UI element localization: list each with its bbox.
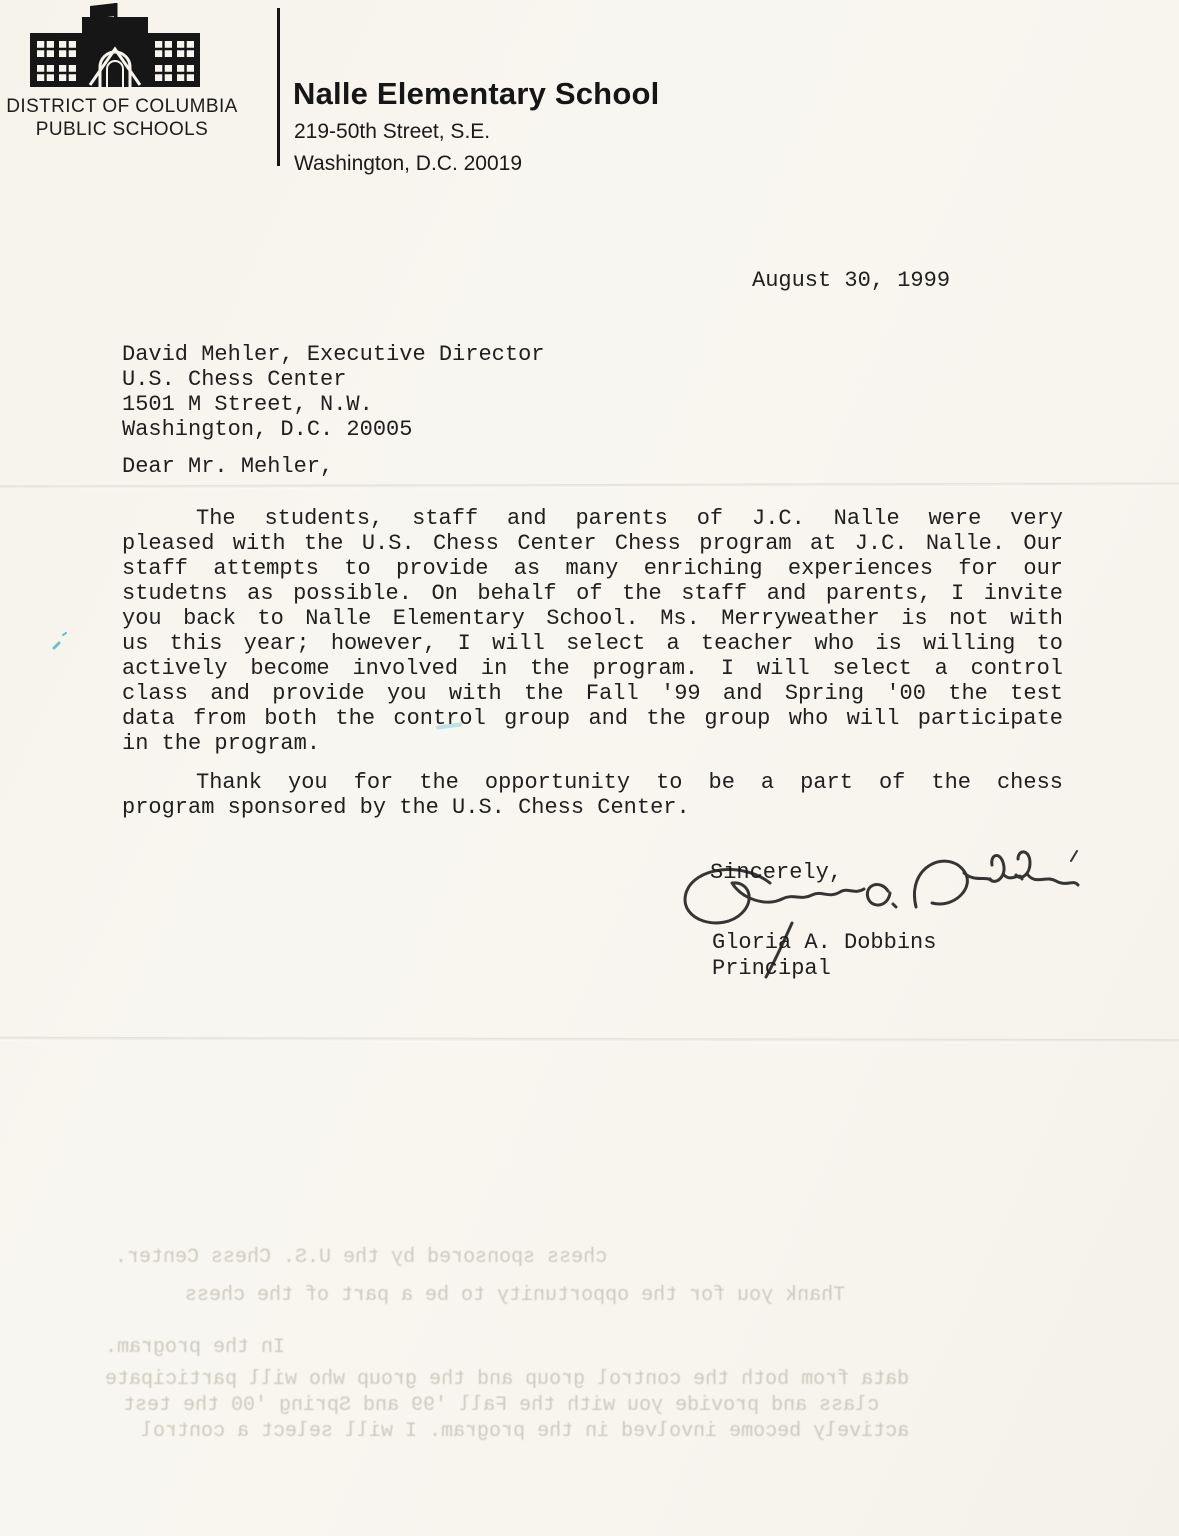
recipient-line: 1501 M Street, N.W.	[122, 392, 544, 417]
body-line: The students, staff and parents of J.C. …	[122, 506, 1063, 531]
schoolhouse-with-flag-icon	[30, 3, 200, 98]
recipient-address-block: David Mehler, Executive DirectorU.S. Che…	[122, 342, 544, 442]
district-org-line2: PUBLIC SCHOOLS	[6, 118, 238, 141]
bleedthrough-line: chess sponsored by the U.S. Chess Center…	[115, 1246, 607, 1270]
signer-typed-name: Gloria A. Dobbins	[712, 930, 936, 955]
school-name: Nalle Elementary School	[293, 76, 659, 112]
school-street-address: 219-50th Street, S.E.	[294, 120, 490, 144]
body-line: us this year; however, I will select a t…	[122, 631, 1063, 656]
signer-typed-title: Principal	[712, 956, 831, 981]
body-line: pleased with the U.S. Chess Center Chess…	[122, 531, 1063, 556]
salutation: Dear Mr. Mehler,	[122, 454, 333, 479]
recipient-line: U.S. Chess Center	[122, 367, 544, 392]
body-line: staff attempts to provide as many enrich…	[122, 556, 1063, 581]
letterhead-divider	[277, 8, 280, 166]
body-line: Thank you for the opportunity to be a pa…	[122, 770, 1063, 795]
scanned-letter-page: DISTRICT OF COLUMBIA PUBLIC SCHOOLS Nall…	[0, 0, 1179, 1536]
letter-date: August 30, 1999	[752, 268, 950, 293]
fold-crease-upper	[0, 482, 1179, 489]
body-line: data from both the control group and the…	[122, 706, 1063, 731]
bleedthrough-line: Thank you for the opportunity to be a pa…	[185, 1284, 845, 1308]
bleedthrough-line: actively become involved in the program.…	[141, 1420, 909, 1444]
body-line: studetns as possible. On behalf of the s…	[122, 581, 1063, 606]
body-paragraph-1: The students, staff and parents of J.C. …	[122, 506, 1063, 756]
body-line: actively become involved in the program.…	[122, 656, 1063, 681]
bleedthrough-line: class and provide you with the Fall '99 …	[123, 1394, 879, 1418]
body-line: program sponsored by the U.S. Chess Cent…	[122, 795, 1063, 820]
school-city-address: Washington, D.C. 20019	[294, 152, 522, 176]
blue-pen-mark	[50, 632, 70, 654]
recipient-line: Washington, D.C. 20005	[122, 417, 544, 442]
district-org-line1: DISTRICT OF COLUMBIA	[6, 95, 238, 118]
handwritten-signature	[630, 845, 1080, 985]
body-line: class and provide you with the Fall '99 …	[122, 681, 1063, 706]
district-org-name: DISTRICT OF COLUMBIA PUBLIC SCHOOLS	[6, 95, 238, 141]
closing: Sincerely,	[710, 860, 842, 885]
body-line: in the program.	[122, 731, 1063, 756]
body-paragraph-2: Thank you for the opportunity to be a pa…	[122, 770, 1063, 820]
bleedthrough-line: data from both the control group and the…	[105, 1368, 909, 1392]
body-line: you back to Nalle Elementary School. Ms.…	[122, 606, 1063, 631]
bleedthrough-line: In the program.	[105, 1336, 285, 1360]
bleedthrough-text-block: chess sponsored by the U.S. Chess Center…	[105, 1246, 1085, 1444]
recipient-line: David Mehler, Executive Director	[122, 342, 544, 367]
fold-crease-lower	[0, 1037, 1179, 1043]
